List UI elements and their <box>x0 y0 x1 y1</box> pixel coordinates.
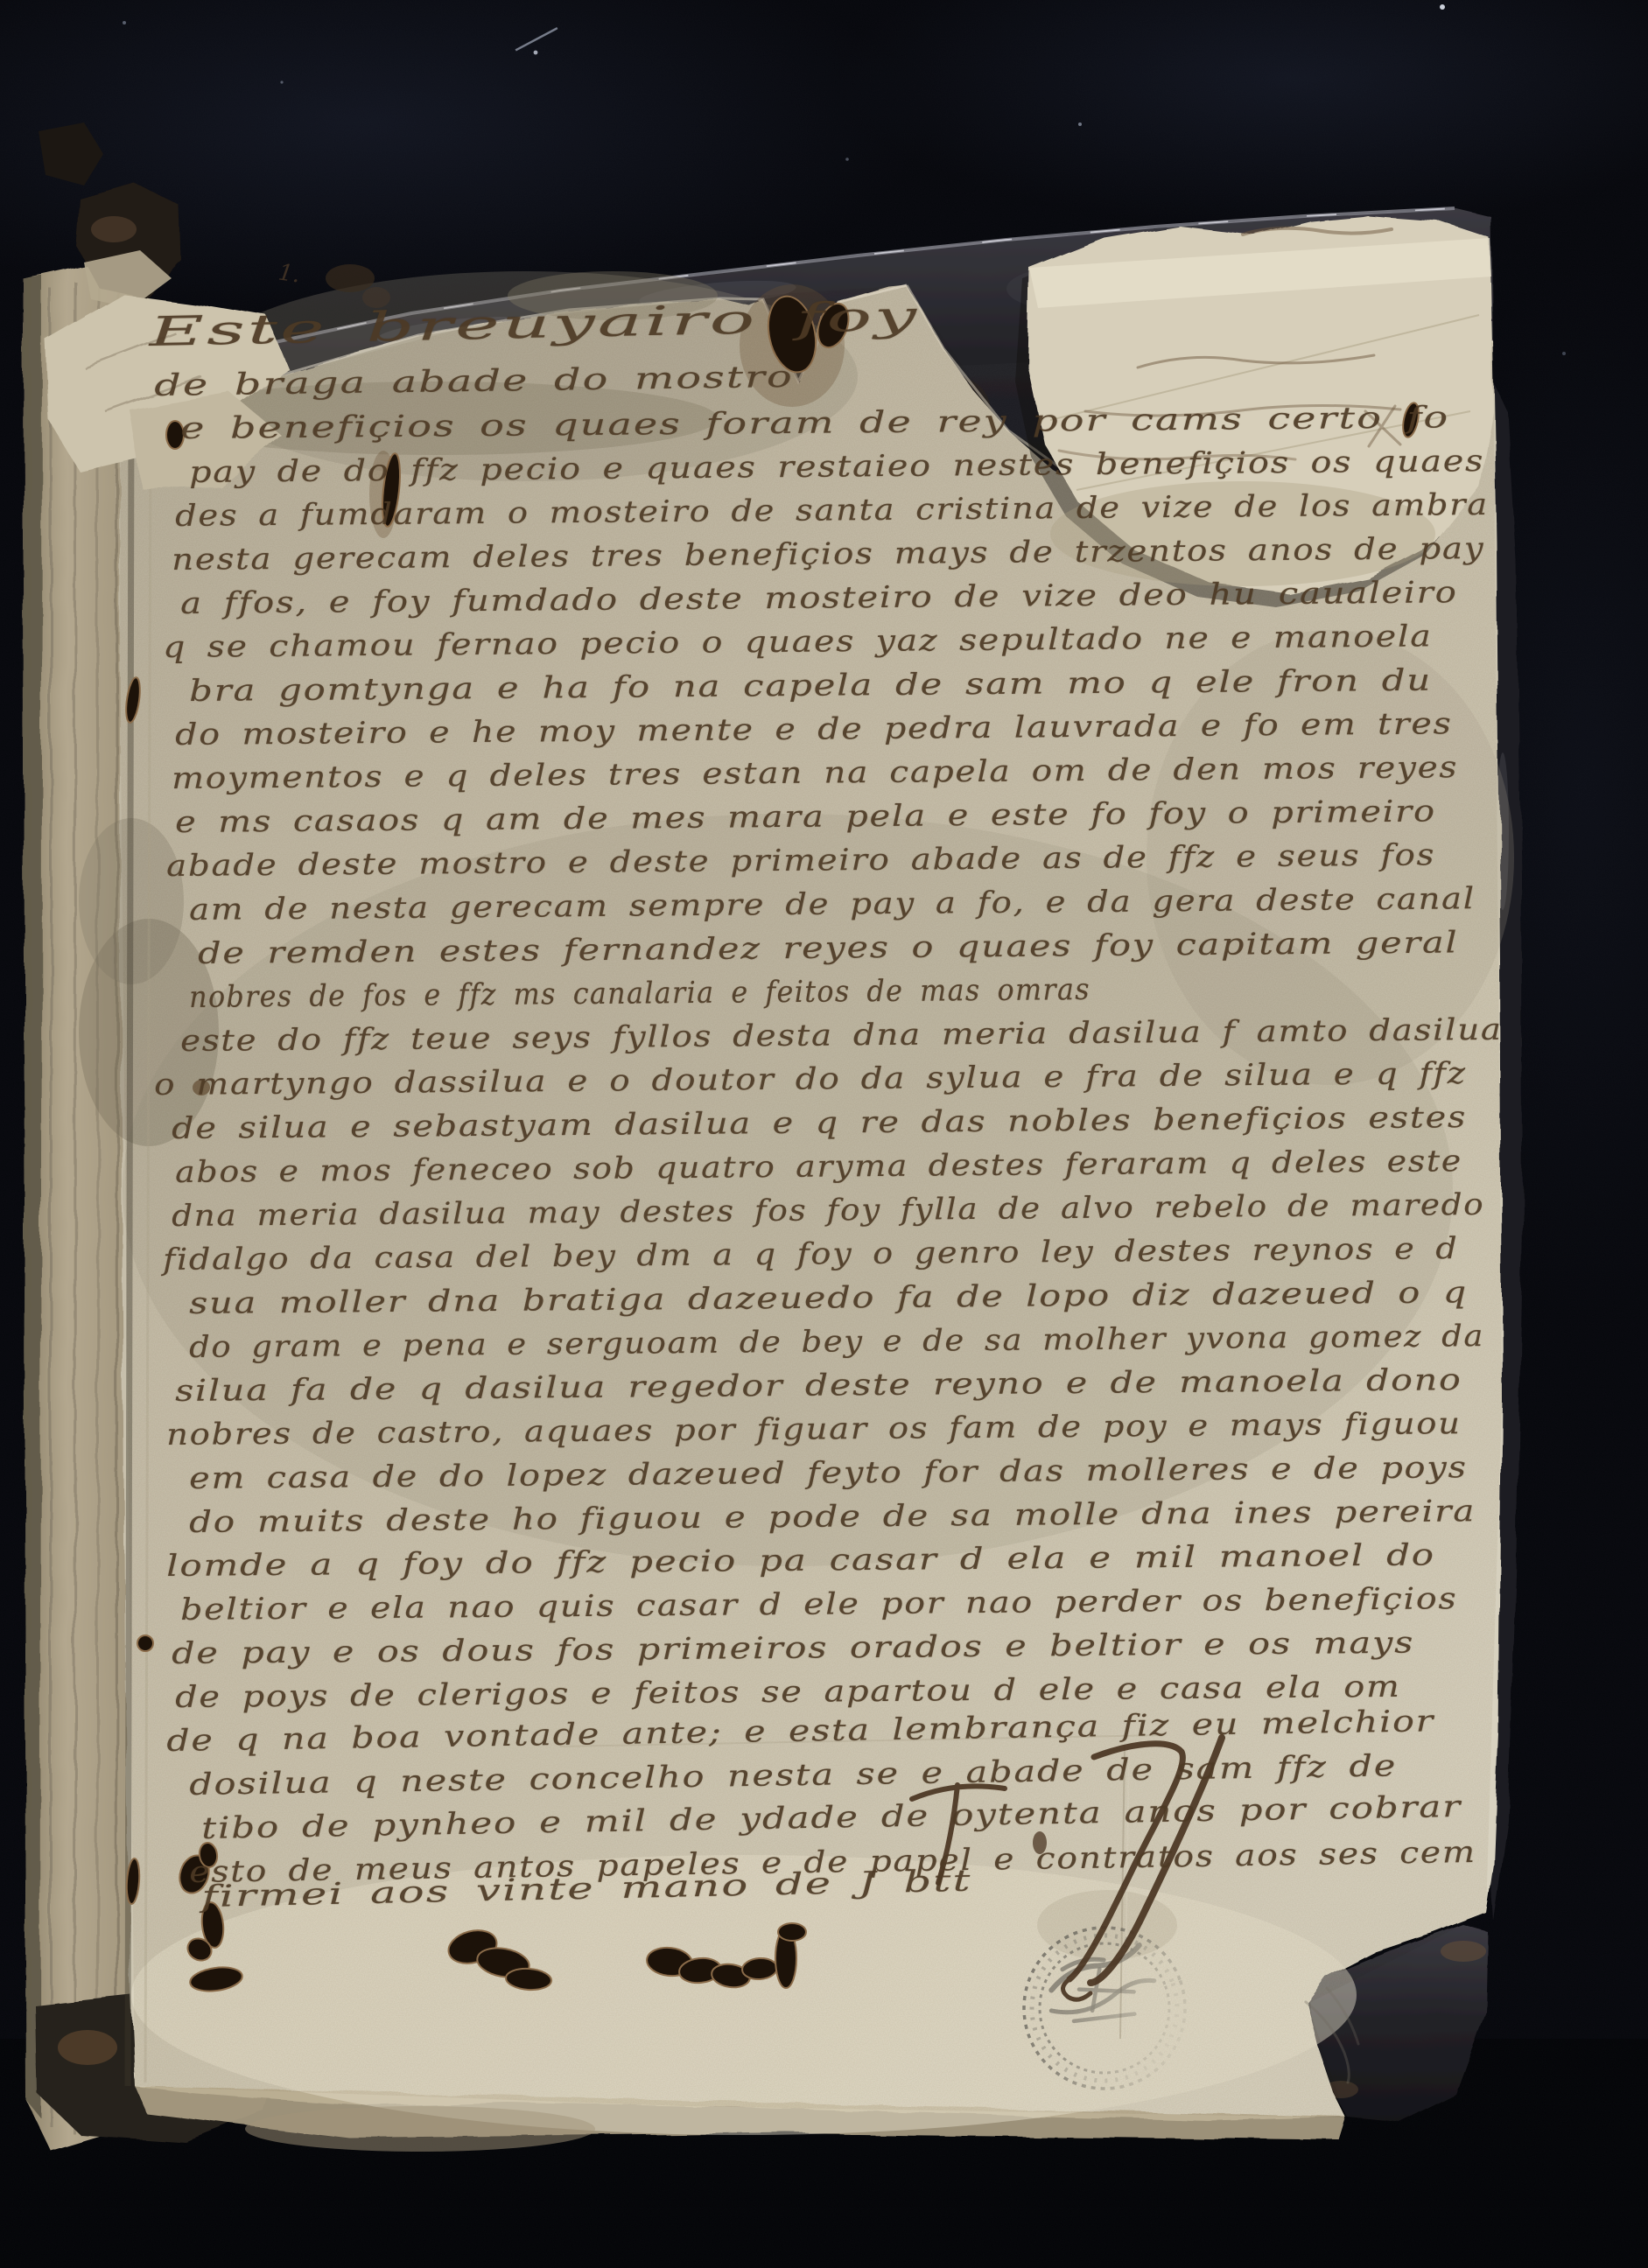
lint-speck <box>845 157 849 161</box>
worm-hole <box>137 1635 153 1651</box>
lint-speck <box>1440 4 1445 10</box>
ink-blot <box>1033 1831 1047 1854</box>
worm-hole <box>778 1923 806 1941</box>
manuscript-photo: Este breuyairo foyde braga abade do most… <box>0 0 1648 2268</box>
torn-flap-top-right <box>1015 215 1493 607</box>
photo-artwork <box>0 0 1648 2268</box>
ink-blot <box>326 264 375 292</box>
spine-edge <box>23 261 134 2151</box>
leather-worn-brown <box>58 2030 117 2065</box>
crumpled-scraps-top-left <box>46 294 289 488</box>
lint-speck <box>280 80 283 83</box>
worm-hole <box>166 421 184 449</box>
flap-shading <box>1050 481 1435 586</box>
spine-striation <box>50 289 51 2126</box>
leather-worn-brown <box>91 216 137 242</box>
ink-blot <box>362 287 390 308</box>
leather-worn-brown <box>1441 1941 1486 1962</box>
folio-number: 1. <box>277 259 302 288</box>
spine-striation <box>116 282 117 2126</box>
edge-stain <box>245 2106 595 2152</box>
lint-speck <box>1078 122 1082 126</box>
lint-speck <box>534 51 538 55</box>
lint-speck <box>123 21 126 24</box>
lint-speck <box>1562 352 1566 355</box>
